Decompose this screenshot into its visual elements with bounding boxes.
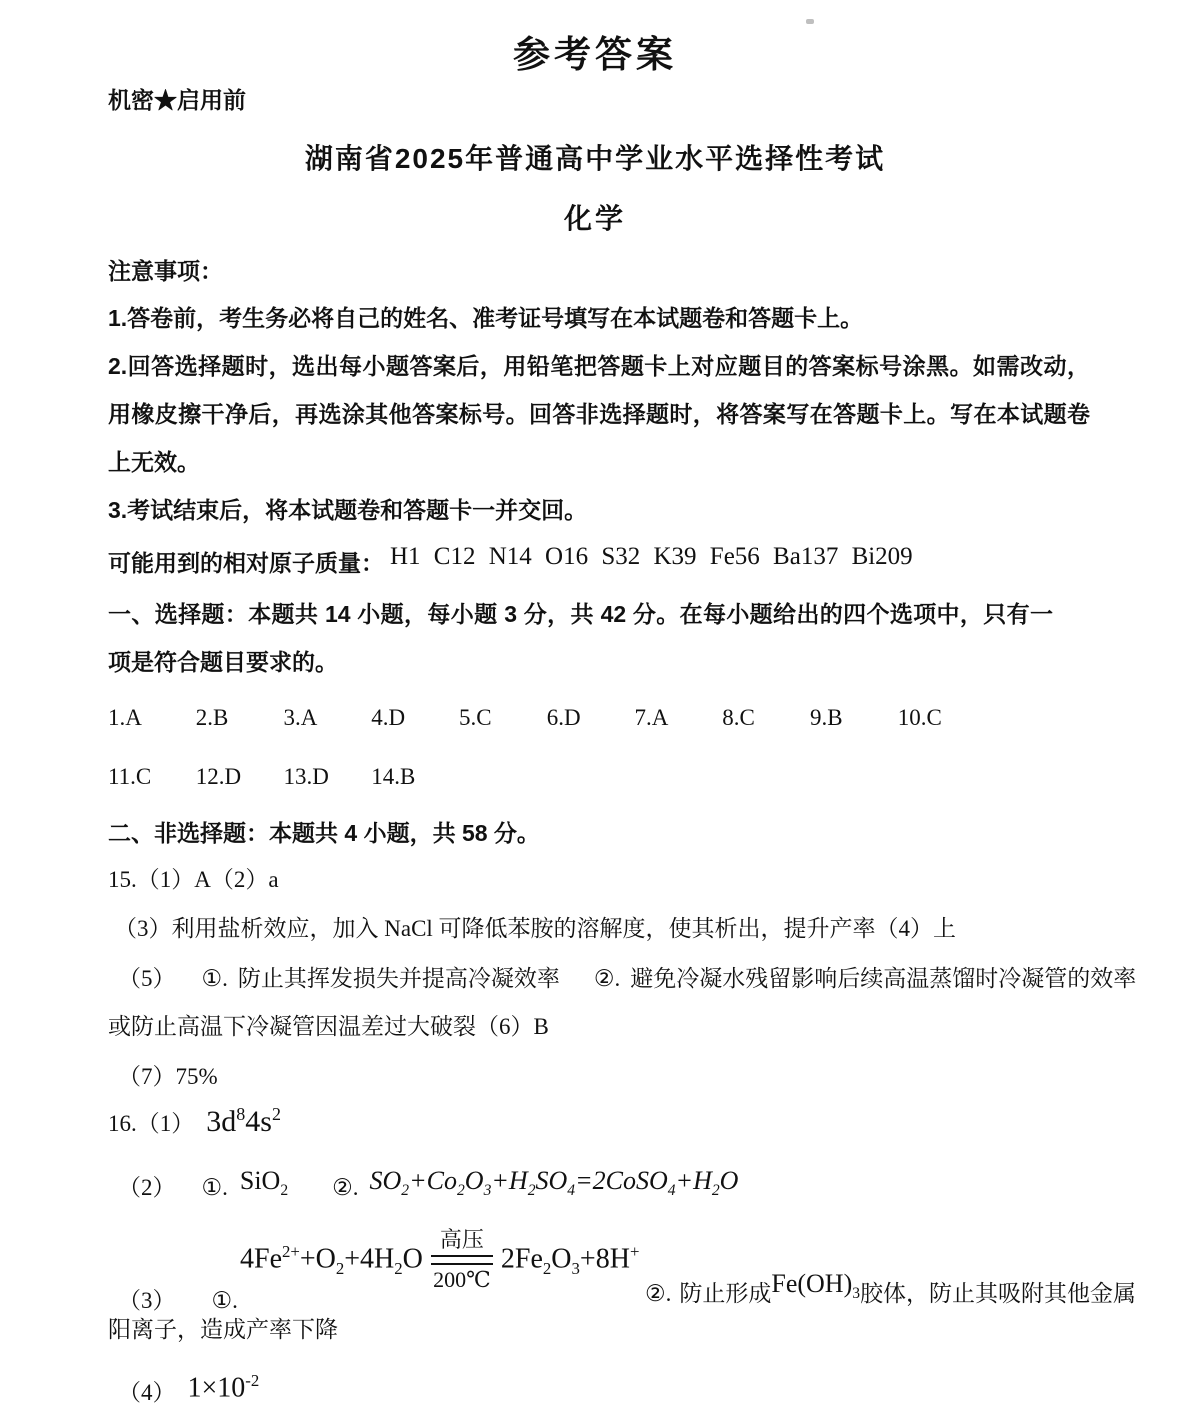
circled-1-marker: ①. (202, 1173, 228, 1203)
equation-right-side: 2Fe2O3+8H+ (501, 1242, 640, 1279)
notice-heading: 注意事项： (108, 257, 223, 286)
q15-sub5-answer-1: 防止其挥发损失并提高冷凝效率 (238, 966, 560, 991)
answer-6: 6.D (547, 703, 629, 733)
answer-2: 2.B (196, 703, 278, 733)
q16-line4: 阳离子，造成产率下降 (108, 1315, 338, 1345)
equation-left-side: 4Fe2++O2+4H2O (240, 1242, 423, 1279)
condition-top-label: 高压 (440, 1228, 484, 1252)
choice-answers-row-1: 1.A 2.B 3.A 4.D 5.C 6.D 7.A 8.C 9.B 10.C (108, 703, 942, 733)
q16-line5: （4）1×10-2 (118, 1374, 259, 1411)
condition-bottom-label: 200℃ (433, 1268, 491, 1292)
cobalt-reaction-equation: SO2+Co2O3+H2SO4=2CoSO4+H2O (370, 1164, 739, 1201)
answer-10: 10.C (898, 705, 942, 730)
answer-key-page: 参考答案 机密★启用前 湖南省2025年普通高中学业水平选择性考试 化学 注意事… (0, 0, 1190, 1419)
q16-sub1-label: 16.（1） (108, 1109, 194, 1139)
page-title: 参考答案 (0, 24, 1190, 78)
confidential-label: 机密★启用前 (108, 86, 246, 115)
q15-line2: （3）利用盐析效应，加入 NaCl 可降低苯胺的溶解度，使其析出，提升产率（4）… (114, 914, 956, 944)
answer-11: 11.C (108, 762, 190, 792)
q16-sub4-label: （4） (118, 1378, 176, 1408)
answer-3: 3.A (284, 703, 366, 733)
answer-1: 1.A (108, 703, 190, 733)
q15-sub5-label: （5） (118, 966, 176, 991)
q15-line4: 或防止高温下冷凝管因温差过大破裂（6）B (108, 1012, 549, 1042)
answer-4: 4.D (371, 703, 453, 733)
q16-sub3-answer-2-suffix: 胶体，防止其吸附其他金属 (860, 1281, 1136, 1306)
q16-line2: （2）①.SiO2②.SO2+Co2O3+H2SO4=2CoSO4+H2O (118, 1170, 738, 1207)
answer-9: 9.B (810, 703, 892, 733)
q15-line3: （5）①.防止其挥发损失并提高冷凝效率②.避免冷凝水残留影响后续高温蒸馏时冷凝管… (118, 964, 1136, 994)
iron-oxidation-equation: 4Fe2++O2+4H2O 高压 200℃ 2Fe2O3+8H+ (240, 1228, 639, 1292)
q16-line1: 16.（1）3d84s2 (108, 1102, 281, 1141)
answer-13: 13.D (284, 762, 366, 792)
reaction-condition: 高压 200℃ (431, 1228, 493, 1292)
q16-line3-right: ②.防止形成Fe(OH)3胶体，防止其吸附其他金属 (645, 1276, 1136, 1313)
circled-2-marker: ②. (594, 966, 620, 991)
notice-item-1: 1.答卷前，考生务必将自己的姓名、准考证号填写在本试题卷和答题卡上。 (108, 304, 863, 333)
circled-1-marker: ①. (202, 966, 228, 991)
q15-sub5-answer-2: 避免冷凝水残留影响后续高温蒸馏时冷凝管的效率 (630, 966, 1136, 991)
circled-1-marker: ①. (212, 1288, 238, 1313)
answer-12: 12.D (196, 762, 278, 792)
exam-title: 湖南省2025年普通高中学业水平选择性考试 (0, 137, 1190, 177)
answer-8: 8.C (722, 703, 804, 733)
answer-7: 7.A (635, 703, 717, 733)
choice-answers-row-2: 11.C 12.D 13.D 14.B (108, 762, 415, 792)
answer-5: 5.C (459, 703, 541, 733)
section-choice-heading: 一、选择题：本题共 14 小题，每小题 3 分，共 42 分。在每小题给出的四个… (108, 590, 1053, 686)
atomic-masses-label: 可能用到的相对原子质量： (108, 550, 384, 576)
q16-sub3-label: （3） (118, 1288, 176, 1313)
circled-2-marker: ②. (332, 1173, 358, 1203)
double-line-arrow (431, 1255, 493, 1265)
atomic-masses-values: H1 C12 N14 O16 S32 K39 Fe56 Ba137 Bi209 (390, 543, 913, 570)
answer-14: 14.B (371, 764, 415, 789)
q15-line5: （7）75% (118, 1062, 218, 1092)
q15-line1: 15.（1）A（2）a (108, 865, 279, 895)
q16-line3-left: （3）①. (118, 1286, 238, 1316)
electron-configuration-formula: 3d84s2 (206, 1102, 281, 1141)
subject-title: 化学 (0, 197, 1190, 237)
section-free-heading: 二、非选择题：本题共 4 小题，共 58 分。 (108, 819, 540, 848)
stray-mark (806, 19, 814, 24)
atomic-masses-line: 可能用到的相对原子质量：H1 C12 N14 O16 S32 K39 Fe56 … (108, 549, 913, 578)
sio2-formula: SiO2 (240, 1164, 288, 1201)
circled-2-marker: ②. (645, 1281, 671, 1306)
iron-hydroxide-formula: Fe(OH)3 (771, 1269, 860, 1298)
notice-item-3: 3.考试结束后，将本试题卷和答题卡一并交回。 (108, 496, 587, 525)
q16-sub2-label: （2） (118, 1173, 176, 1203)
q16-sub3-answer-2-prefix: 防止形成 (679, 1281, 771, 1306)
notice-item-2: 2.回答选择题时，选出每小题答案后，用铅笔把答题卡上对应题目的答案标号涂黑。如需… (108, 342, 1090, 486)
concentration-value: 1×10-2 (188, 1370, 260, 1407)
